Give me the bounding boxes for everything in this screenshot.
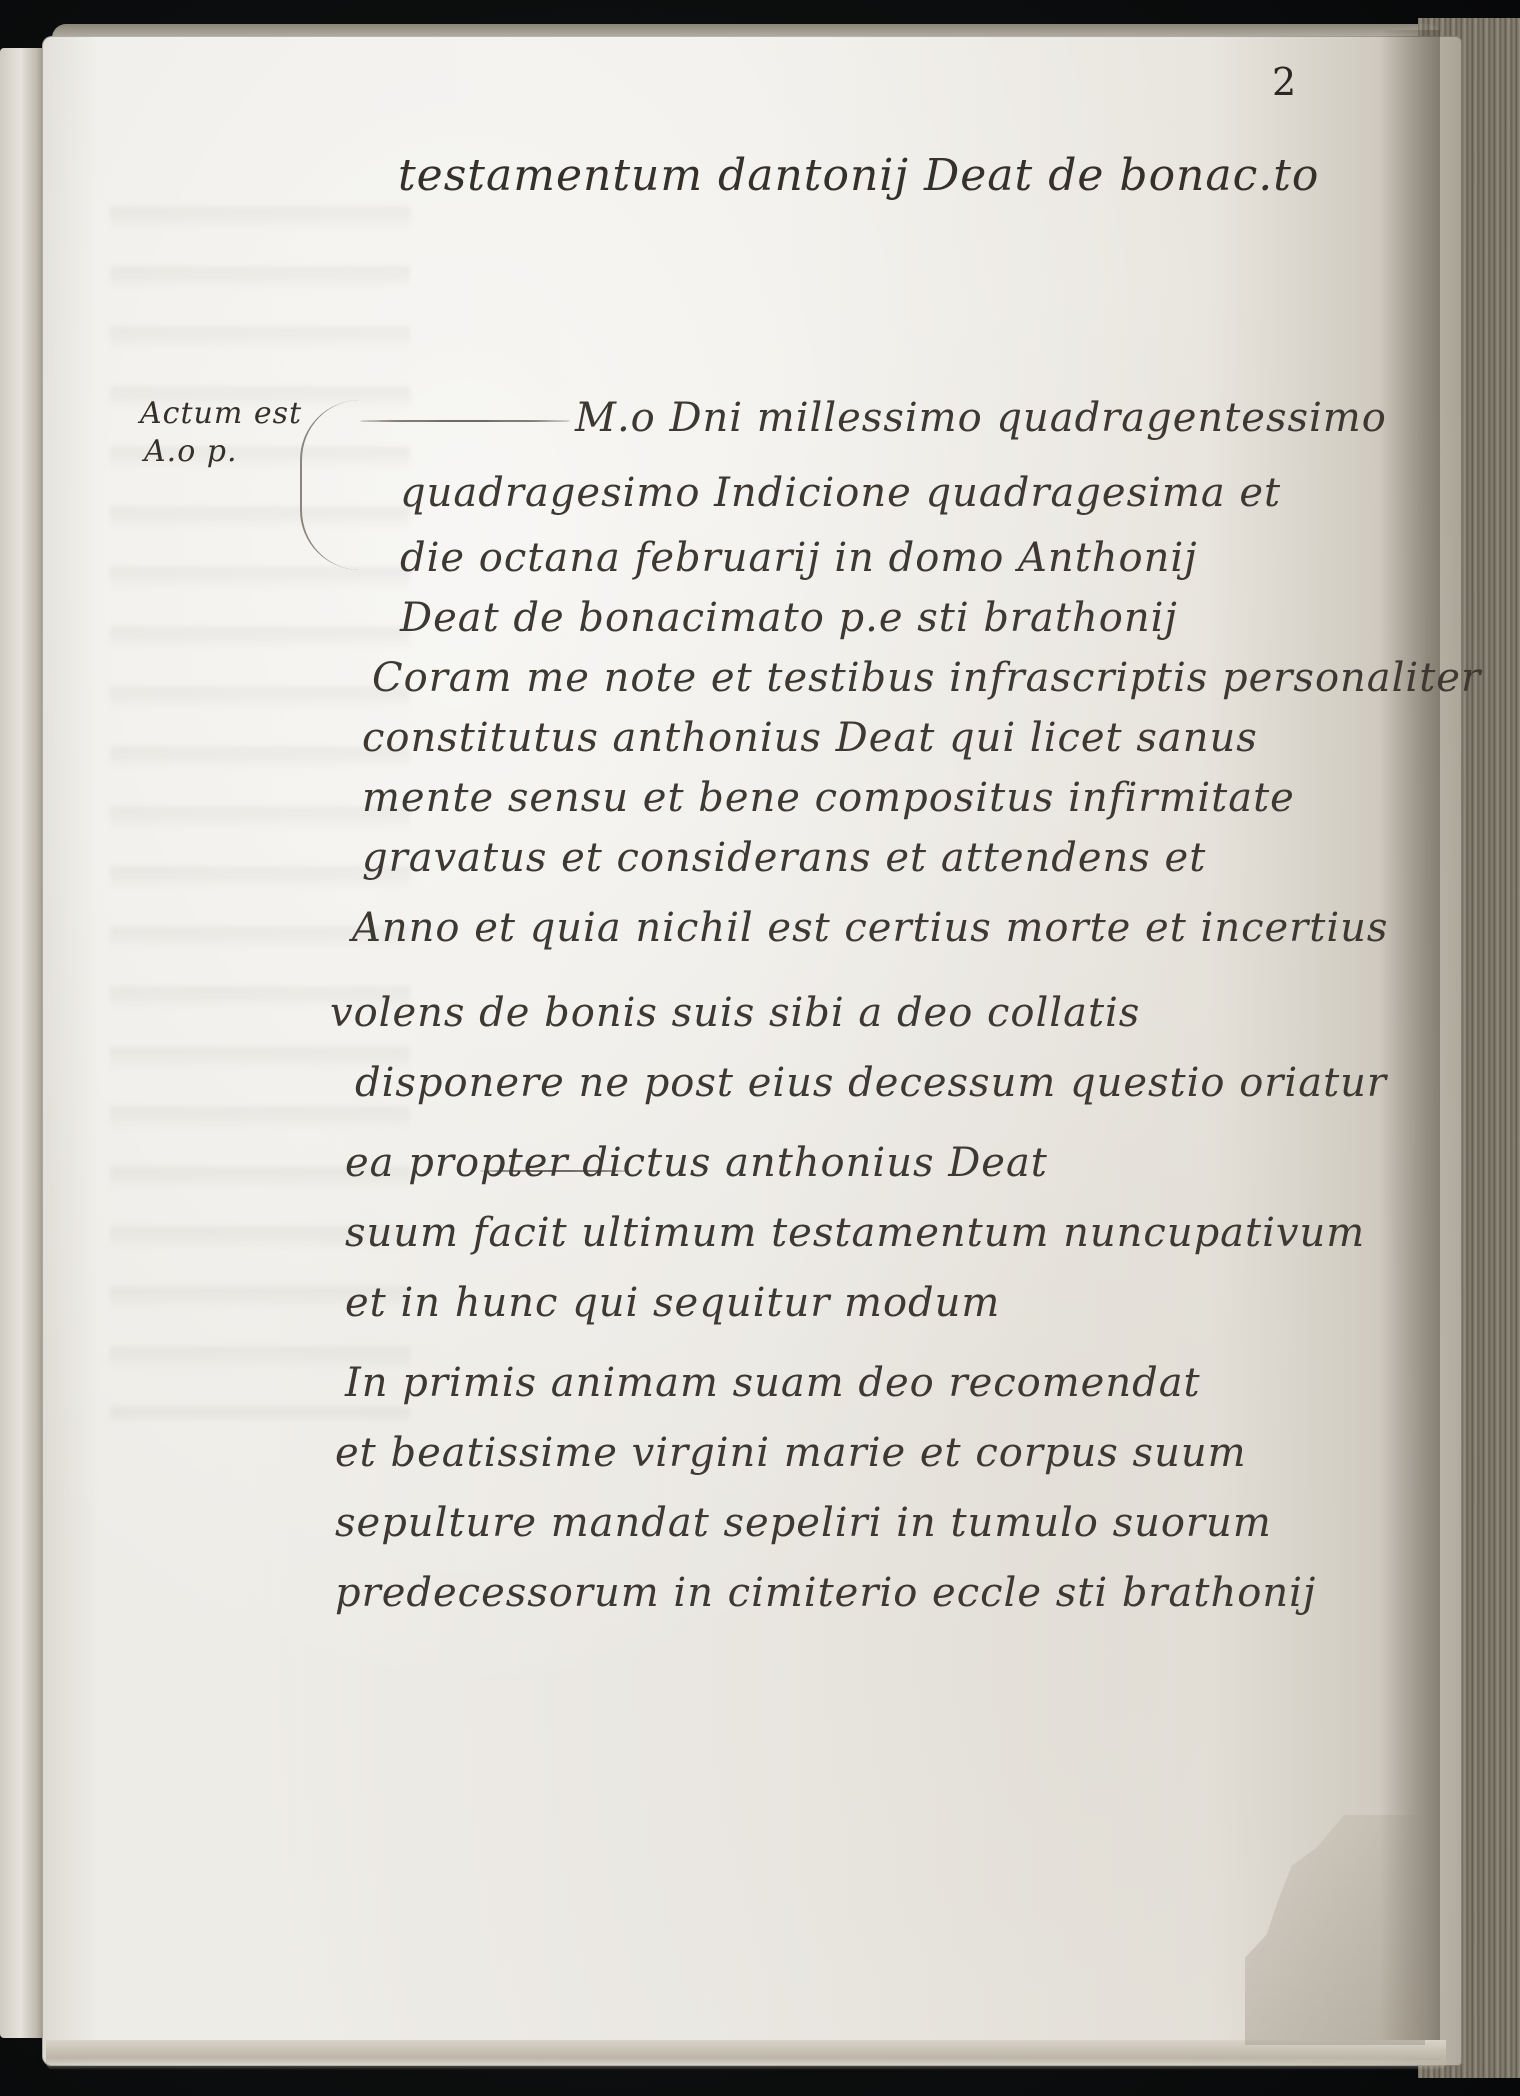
text-line: sepulture mandat sepeliri in tumulo suor… (335, 1500, 1272, 1546)
text-line: et in hunc qui sequitur modum (345, 1280, 1000, 1326)
text-line: gravatus et considerans et attendens et (362, 835, 1206, 881)
text-line: mente sensu et bene compositus infirmita… (362, 775, 1295, 821)
folio-number: 2 (1272, 60, 1297, 104)
margin-note: Actum est A.o p. (140, 395, 302, 471)
text-line: Anno et quia nichil est certius morte et… (352, 905, 1388, 951)
page-gutter-shadow (1380, 30, 1440, 2060)
margin-bracket (300, 400, 372, 570)
margin-note-line: A.o p. (140, 433, 302, 471)
text-line: constitutus anthonius Deat qui licet san… (362, 715, 1258, 761)
text-line: predecessorum in cimiterio eccle sti bra… (335, 1570, 1316, 1616)
text-line: disponere ne post eius decessum questio … (355, 1060, 1387, 1106)
margin-note-line: Actum est (140, 395, 302, 433)
text-line: volens de bonis suis sibi a deo collatis (330, 990, 1140, 1036)
document-heading: testamentum dantonij Deat de bonac.to (398, 150, 1319, 201)
page-bottom-edge (46, 2040, 1446, 2070)
text-line: M.o Dni millessimo quadragentessimo (575, 395, 1387, 441)
text-line: Coram me note et testibus infrascriptis … (372, 655, 1481, 701)
opening-flourish (360, 420, 570, 422)
previous-leaf-edge (0, 48, 46, 2038)
text-line: quadragesimo Indicione quadragesima et (400, 470, 1281, 516)
text-line: et beatissime virgini marie et corpus su… (335, 1430, 1247, 1476)
text-line: suum facit ultimum testamentum nuncupati… (345, 1210, 1365, 1256)
text-line: Deat de bonacimato p.e sti brathonij (400, 595, 1178, 641)
text-line: ea propter dictus anthonius Deat (345, 1140, 1048, 1186)
text-line: In primis animam suam deo recomendat (345, 1360, 1201, 1406)
text-line: die octana februarij in domo Anthonij (400, 535, 1198, 581)
